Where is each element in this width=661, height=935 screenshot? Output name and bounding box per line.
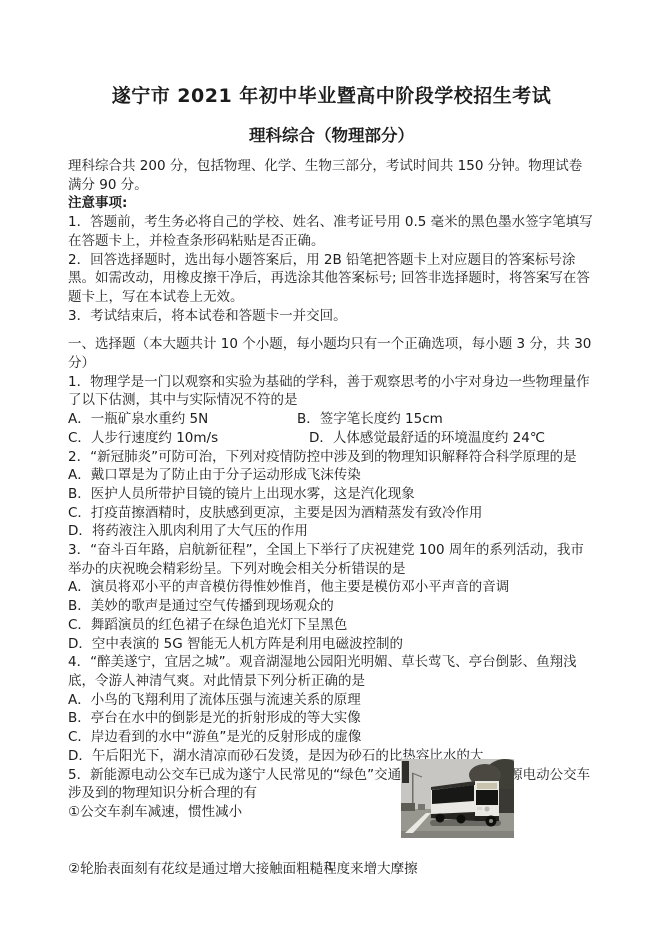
question-1-option-d: D．人体感觉最舒适的环境温度约 24℃ <box>309 429 545 448</box>
page-number: 1 <box>0 861 661 873</box>
notes-heading: 注意事项: <box>68 194 595 213</box>
section-heading: 一、选择题（本大题共计 10 个小题，每小题均只有一个正确选项，每小题 3 分，… <box>68 335 595 372</box>
question-4-option-c: C．岸边看到的水中“游鱼”是光的反射形成的虚像 <box>68 728 595 747</box>
question-5-stem: 5．新能源电动公交车已成为遂宁人民常见的“绿色”交通工具。以下对新能源电动公交车… <box>68 766 595 803</box>
question-1-option-row-1: A．一瓶矿泉水重约 5N B．签字笔长度约 15cm <box>68 410 595 429</box>
question-3-option-d: D．空中表演的 5G 智能无人机方阵是利用电磁波控制的 <box>68 635 595 654</box>
question-1-stem: 1．物理学是一门以观察和实验为基础的学科，善于观察思考的小宇对身边一些物理量作了… <box>68 373 595 410</box>
exam-content: 遂宁市 2021 年初中毕业暨高中阶段学校招生考试 理科综合（物理部分） 理科综… <box>0 0 661 878</box>
question-1-option-row-2: C．人步行速度约 10m/s D．人体感觉最舒适的环境温度约 24℃ <box>68 429 595 448</box>
question-4-option-d: D．午后阳光下，湖水清凉而砂石发烫，是因为砂石的比热容比水的大 <box>68 747 595 766</box>
question-2-option-b: B．医护人员所带护目镜的镜片上出现水雾，这是汽化现象 <box>68 485 595 504</box>
question-3-option-a: A．演员将邓小平的声音模仿得惟妙惟肖，他主要是模仿邓小平声音的音调 <box>68 578 595 597</box>
exam-page: 遂宁市 2021 年初中毕业暨高中阶段学校招生考试 理科综合（物理部分） 理科综… <box>0 0 661 935</box>
question-2-stem: 2．“新冠肺炎”可防可治，下列对疫情防控中涉及到的物理知识解释符合科学原理的是 <box>68 448 595 467</box>
question-1-option-b: B．签字笔长度约 15cm <box>297 410 443 429</box>
question-3-option-b: B．美妙的歌声是通过空气传播到现场观众的 <box>68 597 595 616</box>
question-4-option-b: B．亭台在水中的倒影是光的折射形成的等大实像 <box>68 709 595 728</box>
page-subtitle: 理科综合（物理部分） <box>68 125 595 146</box>
question-3-stem: 3．“奋斗百年路，启航新征程”，全国上下举行了庆祝建党 100 周年的系列活动，… <box>68 541 595 578</box>
question-4-option-a: A．小鸟的飞翔利用了流体压强与流速关系的原理 <box>68 691 595 710</box>
intro-text: 理科综合共 200 分，包括物理、化学、生物三部分，考试时间共 150 分钟。物… <box>68 157 595 194</box>
note-item-3: 3．考试结束后，将本试卷和答题卡一并交回。 <box>68 307 595 326</box>
page-title: 遂宁市 2021 年初中毕业暨高中阶段学校招生考试 <box>68 85 595 108</box>
question-1-option-c: C．人步行速度约 10m/s <box>68 429 309 448</box>
question-2-option-d: D．将药液注入肌肉利用了大气压的作用 <box>68 522 595 541</box>
question-2-option-a: A．戴口罩是为了防止由于分子运动形成飞沫传染 <box>68 466 595 485</box>
note-item-2: 2．回答选择题时，选出每小题答案后，用 2B 铅笔把答题卡上对应题目的答案标号涂… <box>68 251 595 307</box>
question-4-stem: 4．“醉美遂宁，宜居之城”。观音湖湿地公园阳光明媚、草长莺飞、亭台倒影、鱼翔浅底… <box>68 653 595 690</box>
electric-bus-photo <box>401 759 514 838</box>
question-1-option-a: A．一瓶矿泉水重约 5N <box>68 410 297 429</box>
question-5-item-1: ①公交车刹车减速，惯性减小 <box>68 803 595 822</box>
question-3-option-c: C．舞蹈演员的红色裙子在绿色追光灯下呈黑色 <box>68 616 595 635</box>
question-2-option-c: C．打疫苗擦酒精时，皮肤感到更凉，主要是因为酒精蒸发有致冷作用 <box>68 504 595 523</box>
note-item-1: 1．答题前，考生务必将自己的学校、姓名、准考证号用 0.5 毫米的黑色墨水签字笔… <box>68 213 595 250</box>
